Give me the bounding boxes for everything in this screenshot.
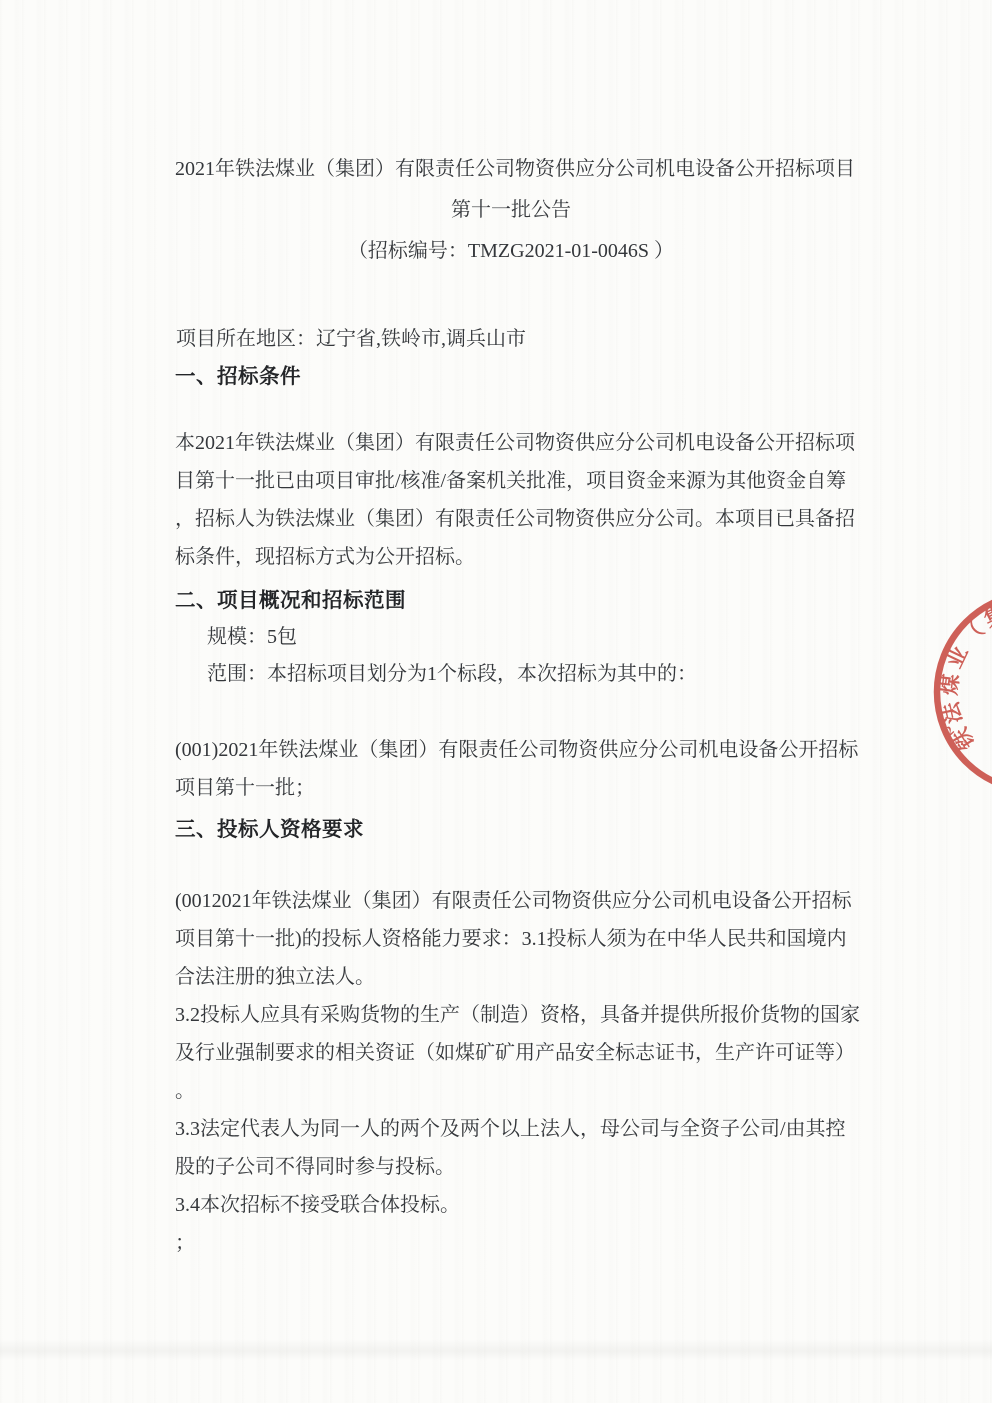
scale-line: 规模：5包 — [207, 620, 297, 649]
section2-heading: 二、项目概况和招标范围 — [175, 583, 406, 613]
paragraph-line: 股的子公司不得同时参与投标。 — [175, 1148, 880, 1186]
document-title-line1: 2021年铁法煤业（集团）有限责任公司物资供应分公司机电设备公开招标项目 — [175, 149, 847, 190]
package-description: (001)2021年铁法煤业（集团）有限责任公司物资供应分公司机电设备公开招标项… — [175, 731, 880, 807]
paragraph-line: 目第十一批已由项目审批/核准/备案机关批准，项目资金来源为其他资金自筹 — [175, 462, 880, 500]
document-page: 2021年铁法煤业（集团）有限责任公司物资供应分公司机电设备公开招标项目 第十一… — [0, 0, 992, 1403]
paragraph-line: (001)2021年铁法煤业（集团）有限责任公司物资供应分公司机电设备公开招标 — [175, 731, 880, 769]
paragraph-line: 及行业强制要求的相关资证（如煤矿矿用产品安全标志证书，生产许可证等） — [175, 1034, 880, 1072]
paragraph-line: 项目第十一批； — [175, 769, 880, 807]
paragraph-line: 3.4本次招标不接受联合体投标。 — [175, 1186, 880, 1224]
section3-paragraph: (0012021年铁法煤业（集团）有限责任公司物资供应分公司机电设备公开招标项目… — [175, 882, 880, 1262]
paragraph-line: 3.3法定代表人为同一人的两个及两个以上法人，母公司与全资子公司/由其控 — [175, 1110, 880, 1148]
project-location-line: 项目所在地区：辽宁省,铁岭市,调兵山市 — [176, 322, 526, 351]
document-title-block: 2021年铁法煤业（集团）有限责任公司物资供应分公司机电设备公开招标项目 第十一… — [175, 149, 847, 272]
company-seal-stamp: 铁法煤业（集团）有限责任公司 2 — [928, 584, 992, 800]
paragraph-line: 项目第十一批)的投标人资格能力要求：3.1投标人须为在中华人民共和国境内 — [175, 920, 880, 958]
paragraph-line: ，招标人为铁法煤业（集团）有限责任公司物资供应分公司。本项目已具备招 — [175, 500, 880, 538]
paragraph-line: 3.2投标人应具有采购货物的生产（制造）资格，具备并提供所报价货物的国家 — [175, 996, 880, 1034]
paragraph-line: 本2021年铁法煤业（集团）有限责任公司物资供应分公司机电设备公开招标项 — [175, 424, 880, 462]
scope-line: 范围：本招标项目划分为1个标段，本次招标为其中的： — [207, 657, 697, 686]
section1-paragraph: 本2021年铁法煤业（集团）有限责任公司物资供应分公司机电设备公开招标项目第十一… — [175, 424, 880, 576]
paragraph-line: 标条件，现招标方式为公开招标。 — [175, 538, 880, 576]
section1-heading: 一、招标条件 — [175, 359, 301, 389]
tender-number-line: （招标编号：TMZG2021-01-0046S ） — [175, 231, 847, 272]
section3-heading: 三、投标人资格要求 — [175, 812, 364, 842]
paragraph-line: (0012021年铁法煤业（集团）有限责任公司物资供应分公司机电设备公开招标 — [175, 882, 880, 920]
paragraph-line: 。 — [175, 1072, 880, 1110]
document-title-line2: 第十一批公告 — [175, 190, 847, 231]
paragraph-line: 合法注册的独立法人。 — [175, 958, 880, 996]
paragraph-line: ； — [175, 1224, 880, 1262]
